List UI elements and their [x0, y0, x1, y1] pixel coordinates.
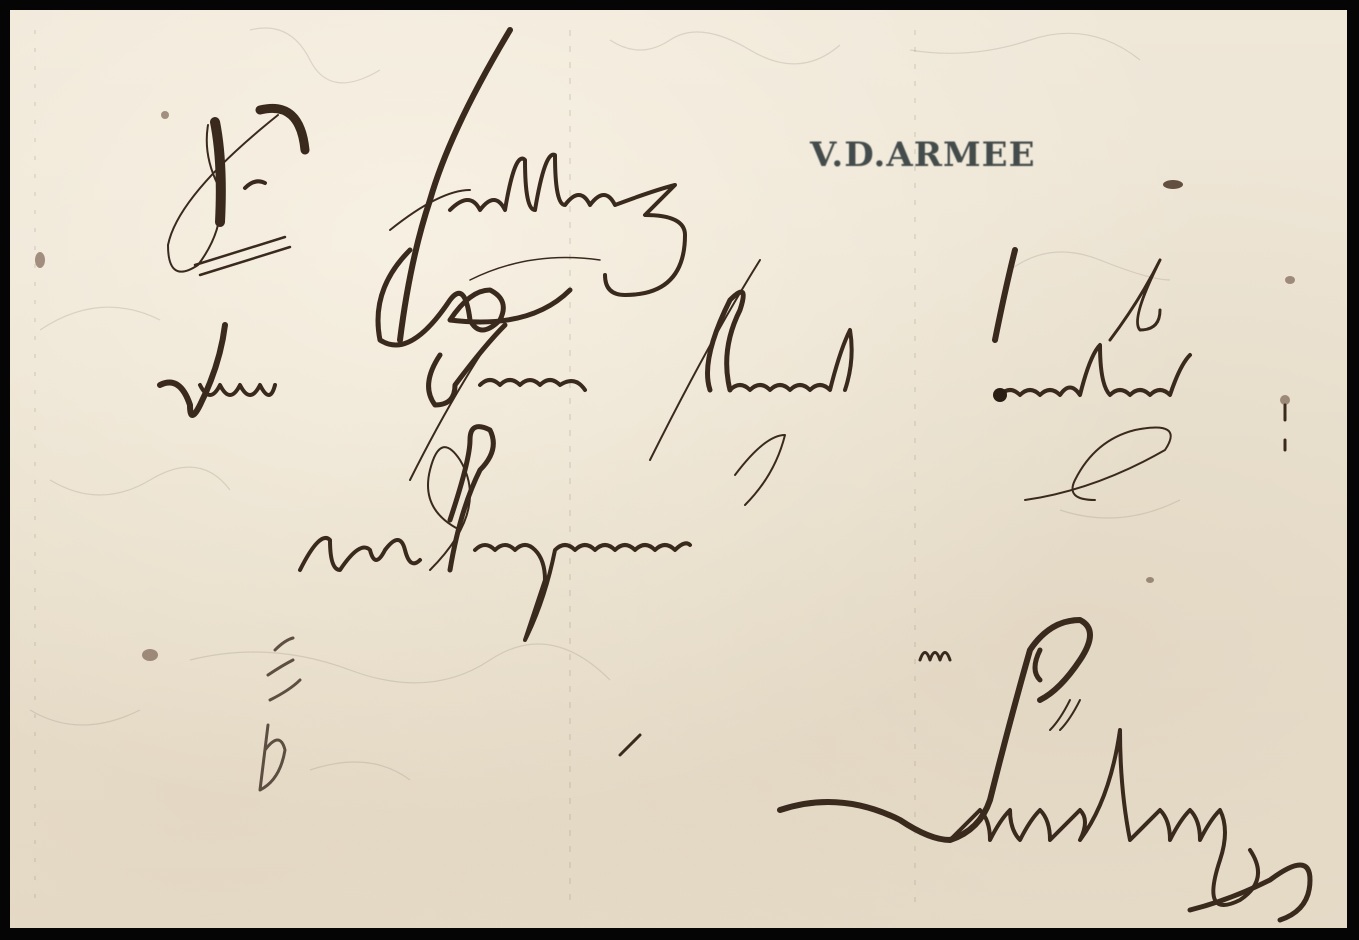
- address-prefix: zu: [915, 640, 935, 666]
- frei-marking: frei: [250, 660, 291, 694]
- rate-numeral: 6: [410, 260, 445, 340]
- address-line-3: von Jonquières: [300, 500, 663, 569]
- letter-sheet: V.D.ARMEE: [10, 10, 1347, 928]
- address-line-4: Lüneburg: [790, 770, 1098, 861]
- black-border-frame: V.D.ARMEE: [0, 0, 1359, 940]
- address-line-1: Sr Excellenz: [170, 160, 419, 218]
- address-line-2: Dem Herrn General Lieutenant: [160, 340, 792, 398]
- handwritten-address: [10, 10, 1347, 928]
